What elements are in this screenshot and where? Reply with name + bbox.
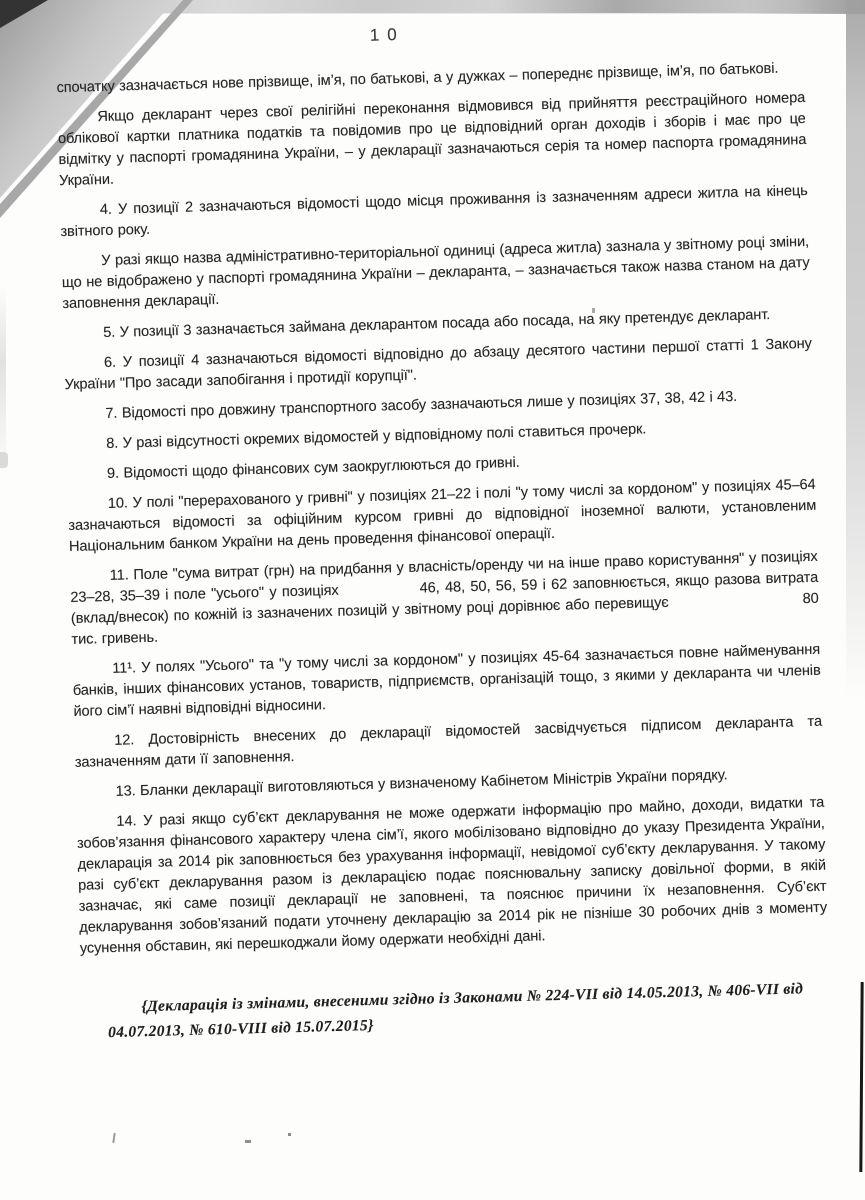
amendment-note: {Декларація із змінами, внесеними згідно… — [107, 976, 814, 1045]
scan-speck — [245, 1140, 251, 1143]
paragraph-item-11-1: 11¹. У полях "Усього" та "у тому числі з… — [72, 640, 821, 723]
scan-right-edge-shadow — [846, 0, 865, 700]
paragraph-item-12: 12. Достовірність внесених до декларації… — [74, 712, 823, 774]
scan-top-right-corner — [745, 0, 865, 14]
scan-speck — [112, 1133, 115, 1143]
paragraph-item-4: 4. У позиції 2 зазначаються відомості що… — [60, 181, 809, 243]
scan-speck — [288, 1133, 291, 1136]
scan-left-edge-notch — [0, 452, 8, 468]
paragraph-item-10: 10. У полі "перерахованого у гривні" у п… — [68, 475, 817, 558]
paragraph-item-11: 11. Поле "сума витрат (грн) на придбання… — [70, 547, 820, 651]
document-text-block: 10 спочатку зазначається нове прізвище, … — [55, 14, 830, 1046]
page-number: 10 — [13, 15, 761, 55]
paragraph-item-6: 6. У позиції 4 зазначаються відомості ві… — [64, 334, 813, 396]
scan-left-edge-sliver — [0, 286, 6, 476]
scan-bottom-right-line — [859, 982, 863, 1172]
scan-top-edge-shadow — [42, 0, 865, 14]
paragraph-item-4-note: У разі якщо назва адміністративно-терито… — [61, 232, 810, 315]
paragraph-religious-refusal: Якщо декларант через свої релігійні пере… — [57, 88, 807, 192]
scanned-document-page: { "page": { "number": "10" }, "paragraph… — [0, 0, 865, 1200]
paragraph-item-14: 14. У разі якщо суб’єкт декларування не … — [76, 793, 828, 960]
